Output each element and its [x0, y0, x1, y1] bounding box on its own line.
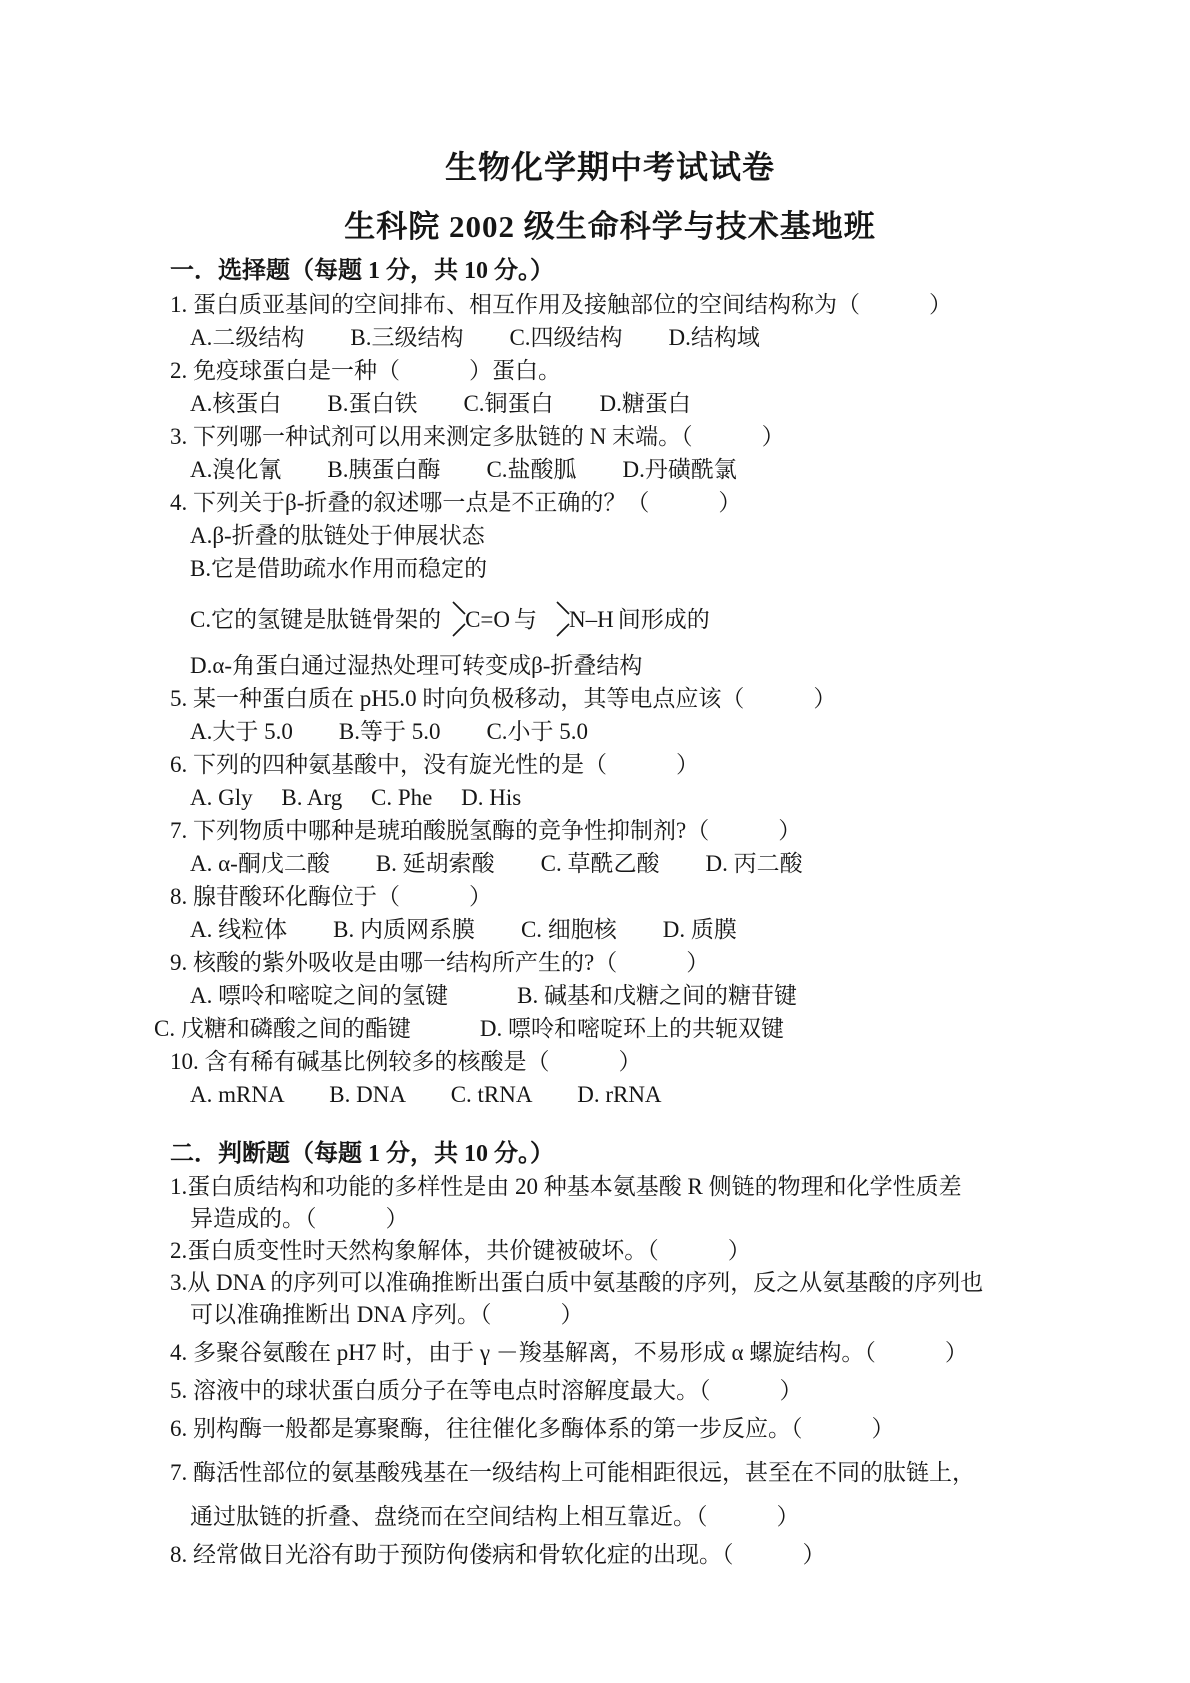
choice-q5: 5. 某一种蛋白质在 pH5.0 时向负极移动，其等电点应该（ ） — [170, 682, 1050, 715]
exam-subtitle: 生科院 2002 级生命科学与技术基地班 — [170, 205, 1050, 249]
carbonyl-label: C=O — [465, 603, 510, 636]
choice-q10-options: A. mRNA B. DNA C. tRNA D. rRNA — [170, 1078, 1050, 1111]
choice-q8: 8. 腺苷酸环化酶位于（ ） — [170, 880, 1050, 913]
choice-q9: 9. 核酸的紫外吸收是由哪一结构所产生的?（ ） — [170, 946, 1050, 979]
choice-q1: 1. 蛋白质亚基间的空间排布、相互作用及接触部位的空间结构称为（ ） — [170, 288, 1050, 321]
judgment-8: 8. 经常做日光浴有助于预防佝偻病和骨软化症的出现。（ ） — [170, 1539, 1050, 1571]
choice-q7-options: A. α-酮戊二酸 B. 延胡索酸 C. 草酰乙酸 D. 丙二酸 — [170, 847, 1050, 880]
choice-q4-option-c: C.它的氢键是肽链骨架的 C=O 与 N–H 间形成的 — [170, 597, 1050, 641]
exam-paper-page: 生物化学期中考试试卷 生科院 2002 级生命科学与技术基地班 一．选择题（每题… — [0, 0, 1190, 1683]
choice-q6-options: A. Gly B. Arg C. Phe D. His — [170, 781, 1050, 814]
choice-q4-option-a: A.β-折叠的肽链处于伸展状态 — [170, 519, 1050, 552]
judgment-6: 6. 别构酶一般都是寡聚酶，往往催化多酶体系的第一步反应。（ ） — [170, 1413, 1050, 1445]
choice-q7: 7. 下列物质中哪种是琥珀酸脱氢酶的竞争性抑制剂?（ ） — [170, 814, 1050, 847]
choice-q4-option-b: B.它是借助疏水作用而稳定的 — [170, 552, 1050, 585]
amide-group: N–H — [555, 597, 614, 641]
option-text-post: 间形成的 — [618, 603, 710, 636]
exam-title: 生物化学期中考试试卷 — [170, 145, 1050, 189]
choice-section-heading: 一．选择题（每题 1 分，共 10 分。） — [170, 255, 1050, 288]
judgment-1-line2: 异造成的。（ ） — [170, 1203, 1050, 1235]
option-text-conj: 与 — [514, 603, 537, 636]
choice-q2: 2. 免疫球蛋白是一种（ ）蛋白。 — [170, 354, 1050, 387]
judgment-4: 4. 多聚谷氨酸在 pH7 时，由于 γ －羧基解离，不易形成 α 螺旋结构。（… — [170, 1337, 1050, 1369]
choice-q8-options: A. 线粒体 B. 内质网系膜 C. 细胞核 D. 质膜 — [170, 913, 1050, 946]
judgment-7-line2: 通过肽链的折叠、盘绕而在空间结构上相互靠近。（ ） — [170, 1501, 1050, 1533]
judgment-3-line1: 3.从 DNA 的序列可以准确推断出蛋白质中氨基酸的序列，反之从氨基酸的序列也 — [170, 1267, 1050, 1299]
judgment-1-line1: 1.蛋白质结构和功能的多样性是由 20 种基本氨基酸 R 侧链的物理和化学性质差 — [170, 1171, 1050, 1203]
choice-q6: 6. 下列的四种氨基酸中，没有旋光性的是（ ） — [170, 748, 1050, 781]
judgment-5: 5. 溶液中的球状蛋白质分子在等电点时溶解度最大。（ ） — [170, 1375, 1050, 1407]
carbonyl-group: C=O — [451, 597, 510, 641]
choice-section: 一．选择题（每题 1 分，共 10 分。） 1. 蛋白质亚基间的空间排布、相互作… — [170, 255, 1050, 1111]
judgment-3-line2: 可以准确推断出 DNA 序列。（ ） — [170, 1299, 1050, 1331]
choice-q5-options: A.大于 5.0 B.等于 5.0 C.小于 5.0 — [170, 715, 1050, 748]
judgment-2: 2.蛋白质变性时天然构象解体，共价键被破坏。（ ） — [170, 1235, 1050, 1267]
choice-q3-options: A.溴化氰 B.胰蛋白酶 C.盐酸胍 D.丹磺酰氯 — [170, 453, 1050, 486]
choice-q4-option-d: D.α-角蛋白通过湿热处理可转变成β-折叠结构 — [170, 649, 1050, 682]
choice-q9-options-ab: A. 嘌呤和嘧啶之间的氢键 B. 碱基和戊糖之间的糖苷键 — [170, 979, 1050, 1012]
option-text-pre: C.它的氢键是肽链骨架的 — [190, 603, 441, 636]
judgment-section: 二．判断题（每题 1 分，共 10 分。） 1.蛋白质结构和功能的多样性是由 2… — [170, 1138, 1050, 1571]
amide-label: N–H — [569, 603, 614, 636]
choice-q9-options-cd: C. 戊糖和磷酸之间的酯键 D. 嘌呤和嘧啶环上的共轭双键 — [154, 1012, 1050, 1045]
choice-q4: 4. 下列关于β-折叠的叙述哪一点是不正确的？（ ） — [170, 486, 1050, 519]
choice-q1-options: A.二级结构 B.三级结构 C.四级结构 D.结构域 — [170, 321, 1050, 354]
choice-q10: 10. 含有稀有碱基比例较多的核酸是（ ） — [170, 1045, 1050, 1078]
choice-q2-options: A.核蛋白 B.蛋白铁 C.铜蛋白 D.糖蛋白 — [170, 387, 1050, 420]
judgment-section-heading: 二．判断题（每题 1 分，共 10 分。） — [170, 1138, 1050, 1171]
judgment-7-line1: 7. 酶活性部位的氨基酸残基在一级结构上可能相距很远，甚至在不同的肽链上， — [170, 1457, 1050, 1489]
choice-q3: 3. 下列哪一种试剂可以用来测定多肽链的 N 末端。（ ） — [170, 420, 1050, 453]
